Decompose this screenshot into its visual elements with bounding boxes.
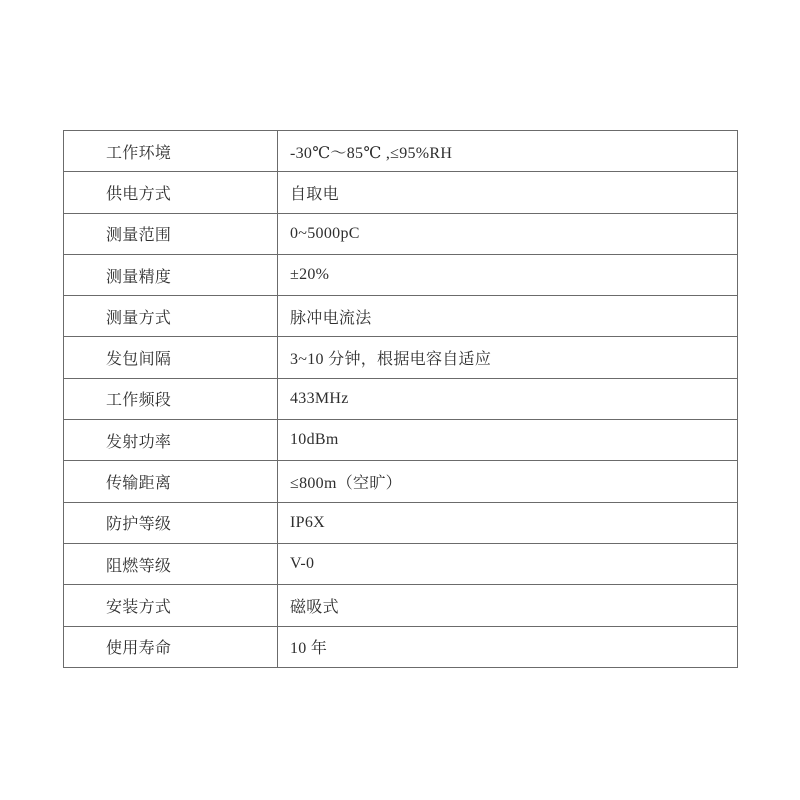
spec-value: 10dBm	[278, 420, 738, 461]
spec-table: 工作环境 -30℃～85℃ ,≤95%RH 供电方式 自取电 测量范围 0~50…	[63, 130, 738, 668]
spec-value: ≤800m（空旷）	[278, 461, 738, 502]
table-row: 发射功率 10dBm	[64, 420, 738, 461]
spec-label: 测量范围	[64, 213, 278, 254]
spec-label: 工作环境	[64, 131, 278, 172]
table-row: 测量精度 ±20%	[64, 254, 738, 295]
spec-label: 发射功率	[64, 420, 278, 461]
spec-value: 脉冲电流法	[278, 296, 738, 337]
spec-label: 测量精度	[64, 254, 278, 295]
spec-label: 阻燃等级	[64, 543, 278, 584]
table-row: 测量范围 0~5000pC	[64, 213, 738, 254]
table-row: 工作环境 -30℃～85℃ ,≤95%RH	[64, 131, 738, 172]
table-row: 阻燃等级 V-0	[64, 543, 738, 584]
spec-label: 传输距离	[64, 461, 278, 502]
spec-value: 磁吸式	[278, 585, 738, 626]
table-row: 发包间隔 3~10 分钟，根据电容自适应	[64, 337, 738, 378]
table-row: 测量方式 脉冲电流法	[64, 296, 738, 337]
spec-label: 安装方式	[64, 585, 278, 626]
spec-value: V-0	[278, 543, 738, 584]
table-row: 使用寿命 10 年	[64, 626, 738, 667]
spec-value: IP6X	[278, 502, 738, 543]
spec-label: 使用寿命	[64, 626, 278, 667]
spec-value: 10 年	[278, 626, 738, 667]
table-row: 传输距离 ≤800m（空旷）	[64, 461, 738, 502]
table-row: 供电方式 自取电	[64, 172, 738, 213]
spec-label: 供电方式	[64, 172, 278, 213]
spec-value: 自取电	[278, 172, 738, 213]
spec-value: -30℃～85℃ ,≤95%RH	[278, 131, 738, 172]
spec-label: 工作频段	[64, 378, 278, 419]
spec-value: 3~10 分钟，根据电容自适应	[278, 337, 738, 378]
spec-value: ±20%	[278, 254, 738, 295]
spec-label: 发包间隔	[64, 337, 278, 378]
spec-value: 433MHz	[278, 378, 738, 419]
table-row: 安装方式 磁吸式	[64, 585, 738, 626]
spec-label: 防护等级	[64, 502, 278, 543]
table-row: 防护等级 IP6X	[64, 502, 738, 543]
table-row: 工作频段 433MHz	[64, 378, 738, 419]
document-page: 工作环境 -30℃～85℃ ,≤95%RH 供电方式 自取电 测量范围 0~50…	[0, 0, 800, 800]
spec-value: 0~5000pC	[278, 213, 738, 254]
spec-label: 测量方式	[64, 296, 278, 337]
